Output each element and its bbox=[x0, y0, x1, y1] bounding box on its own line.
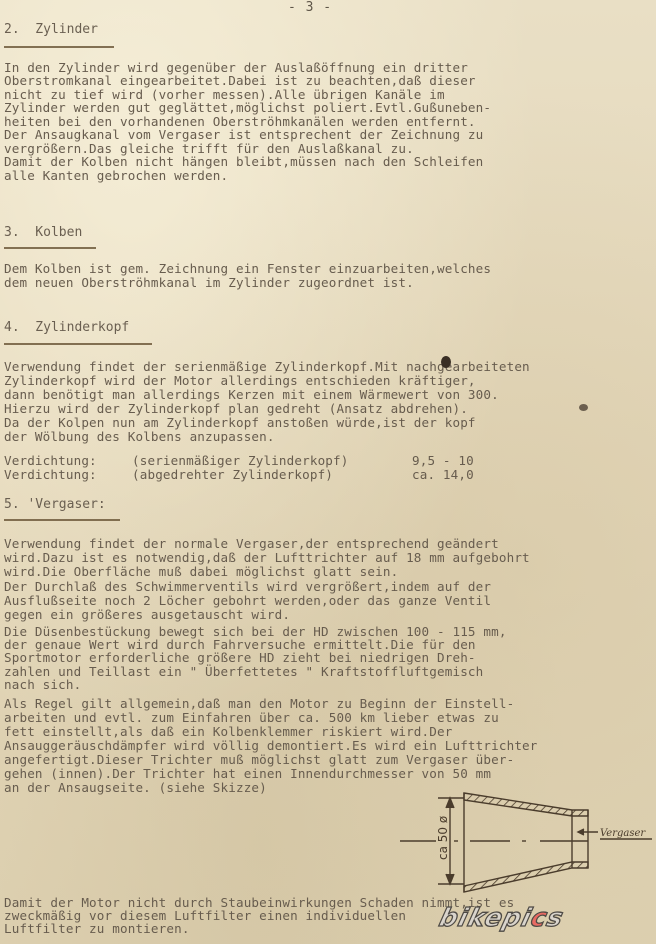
section-heading-kolben: 3. Kolben bbox=[4, 225, 82, 240]
text-line: dem neuen Oberströhmkanal im Zylinder zu… bbox=[4, 276, 414, 289]
ink-stain bbox=[579, 404, 588, 411]
text-line: angefertigt.Dieser Trichter muß möglichs… bbox=[4, 753, 514, 766]
heading-underline bbox=[4, 519, 120, 521]
heading-underline bbox=[4, 46, 114, 48]
text-line: gehen (innen).Der Trichter hat einen Inn… bbox=[4, 767, 491, 780]
heading-underline bbox=[4, 343, 152, 345]
text-line: wird.Dazu ist es notwendig,daß der Luftt… bbox=[4, 551, 530, 564]
text-line: Luftfilter zu montieren. bbox=[4, 922, 190, 935]
compression-condition: (abgedrehter Zylinderkopf) bbox=[132, 468, 333, 481]
text-line: Als Regel gilt allgemein,daß man den Mot… bbox=[4, 697, 514, 710]
text-line: Damit der Kolben nicht hängen bleibt,müs… bbox=[4, 155, 483, 168]
section-heading-vergaser: 5. 'Vergaser: bbox=[4, 497, 106, 512]
page-number: - 3 - bbox=[288, 0, 332, 15]
text-line: Zylinder werden gut geglättet,möglichst … bbox=[4, 101, 491, 114]
compression-label: Verdichtung: bbox=[4, 454, 97, 467]
text-line: an der Ansaugseite. (siehe Skizze) bbox=[4, 781, 267, 794]
vergaser-label: Vergaser bbox=[600, 828, 646, 839]
compression-condition: (serienmäßiger Zylinderkopf) bbox=[132, 454, 349, 467]
intake-funnel-sketch: ca 50 ø Vergaser bbox=[400, 790, 656, 900]
text-line: fett einstellt,als daß ein Kolbenklemmer… bbox=[4, 725, 452, 738]
heading-underline bbox=[4, 247, 96, 249]
text-line: wird.Die Oberfläche muß dabei möglichst … bbox=[4, 565, 398, 578]
section-heading-zylinder: 2. Zylinder bbox=[4, 22, 98, 37]
text-line: Zylinderkopf wird der Motor allerdings e… bbox=[4, 374, 476, 387]
text-line: Der Ansaugkanal vom Vergaser ist entspre… bbox=[4, 128, 483, 141]
text-line: Hierzu wird der Zylinderkopf plan gedreh… bbox=[4, 402, 468, 415]
text-line: Der Durchlaß des Schwimmerventils wird v… bbox=[4, 580, 491, 593]
section-heading-zylinderkopf: 4. Zylinderkopf bbox=[4, 320, 129, 335]
text-line: gegen ein größeres ausgetauscht wird. bbox=[4, 608, 290, 621]
text-line: Oberstromkanal eingearbeitet.Dabei ist z… bbox=[4, 74, 476, 87]
text-line: alle Kanten gebrochen werden. bbox=[4, 169, 228, 182]
text-line: nach sich. bbox=[4, 678, 81, 691]
text-line: Ausflußseite noch 2 Löcher gebohrt werde… bbox=[4, 594, 491, 607]
bikepics-watermark: bikepics bbox=[436, 903, 567, 932]
text-line: Verwendung findet der normale Vergaser,d… bbox=[4, 537, 499, 550]
text-line: Ansauggeräuschdämpfer wird völlig demont… bbox=[4, 739, 538, 752]
compression-value: ca. 14,0 bbox=[412, 468, 474, 481]
compression-value: 9,5 - 10 bbox=[412, 454, 474, 467]
text-line: Da der Kolpen nun am Zylinderkopf anstoß… bbox=[4, 416, 476, 429]
ink-stain bbox=[441, 356, 451, 368]
text-line: arbeiten und evtl. zum Einfahren über ca… bbox=[4, 711, 499, 724]
text-line: Dem Kolben ist gem. Zeichnung ein Fenste… bbox=[4, 262, 491, 275]
compression-label: Verdichtung: bbox=[4, 468, 97, 481]
text-line: dann benötigt man allerdings Kerzen mit … bbox=[4, 388, 499, 401]
text-line: Sportmotor erforderliche größere HD zieh… bbox=[4, 651, 476, 664]
text-line: der Wölbung des Kolbens anzupassen. bbox=[4, 430, 275, 443]
watermark-text: bikepi bbox=[436, 903, 535, 932]
dimension-label: ca 50 ø bbox=[436, 816, 450, 860]
